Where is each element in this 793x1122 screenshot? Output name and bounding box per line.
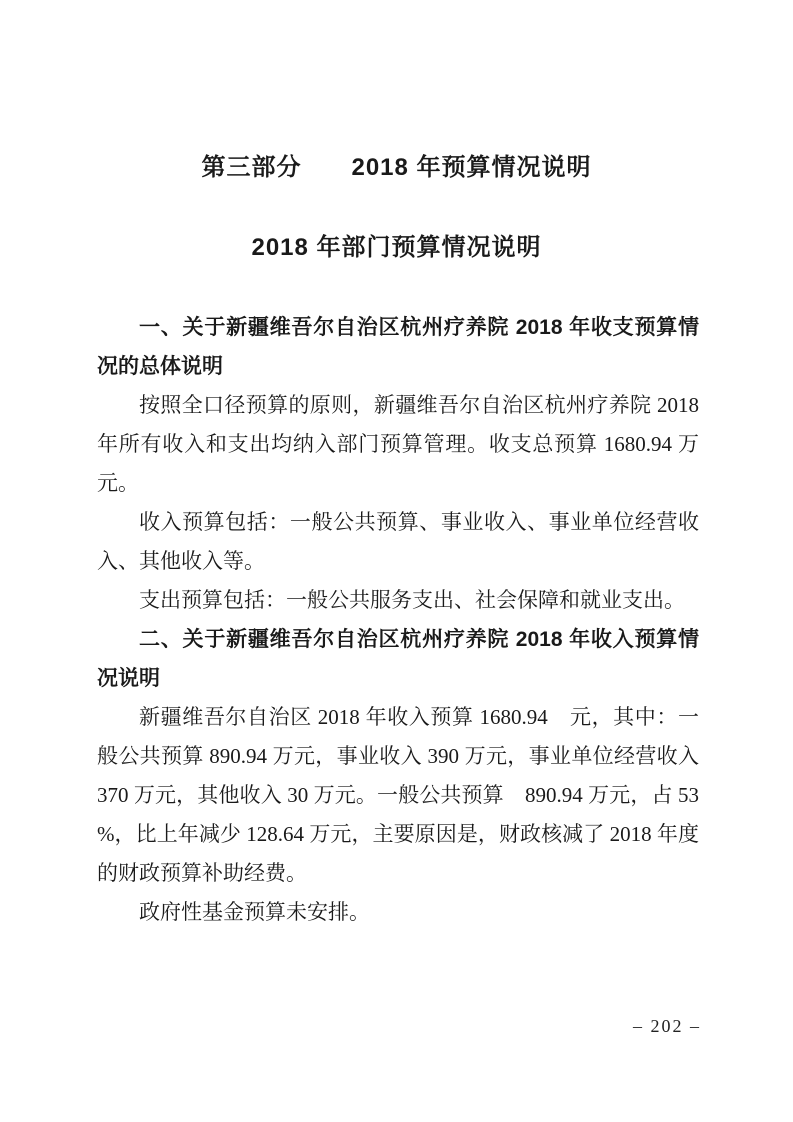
section-2-paragraph-2: 政府性基金预算未安排。 bbox=[97, 893, 699, 932]
document-subtitle: 2018 年部门预算情况说明 bbox=[0, 233, 793, 263]
section-1-paragraph-1: 按照全口径预算的原则，新疆维吾尔自治区杭州疗养院 2018 年所有收入和支出均纳… bbox=[97, 386, 699, 503]
page-number: – 202 – bbox=[633, 1014, 701, 1038]
document-title: 第三部分 2018 年预算情况说明 bbox=[0, 153, 793, 183]
document-body: 一、关于新疆维吾尔自治区杭州疗养院 2018 年收支预算情况的总体说明 按照全口… bbox=[97, 308, 699, 932]
section-1-heading: 一、关于新疆维吾尔自治区杭州疗养院 2018 年收支预算情况的总体说明 bbox=[97, 308, 699, 386]
document-page: 第三部分 2018 年预算情况说明 2018 年部门预算情况说明 一、关于新疆维… bbox=[0, 0, 793, 1122]
section-1-paragraph-2: 收入预算包括：一般公共预算、事业收入、事业单位经营收入、其他收入等。 bbox=[97, 503, 699, 581]
section-1-paragraph-3: 支出预算包括：一般公共服务支出、社会保障和就业支出。 bbox=[97, 581, 699, 620]
section-2-heading: 二、关于新疆维吾尔自治区杭州疗养院 2018 年收入预算情况说明 bbox=[97, 620, 699, 698]
section-2-paragraph-1: 新疆维吾尔自治区 2018 年收入预算 1680.94 元，其中：一般公共预算 … bbox=[97, 698, 699, 893]
